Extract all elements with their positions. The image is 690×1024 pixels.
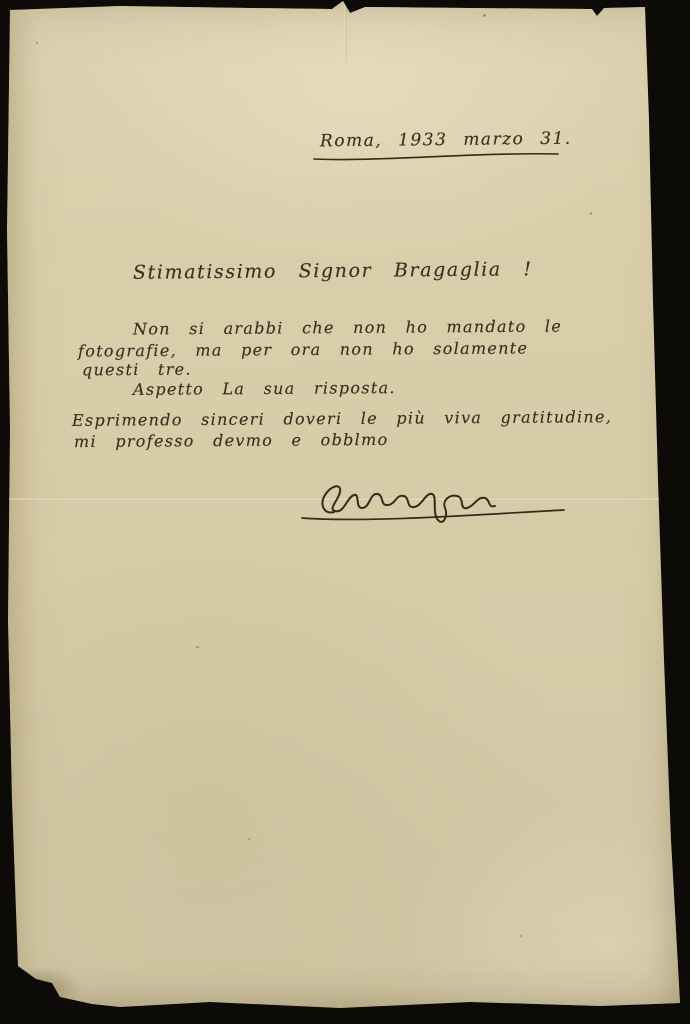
salutation: Stimatissimo Signor Bragaglia ! [133,258,533,283]
top-center-crease [344,0,347,62]
letter-scan: Roma, 1933 marzo 31. Stimatissimo Signor… [0,0,690,1024]
signature [298,478,568,530]
bottom-left-corner-curl [18,952,90,1000]
body-line: mi professo devmo e obblmo [74,430,389,451]
body-line: Non si arabbi che non ho mandato le [133,317,562,339]
body-line: Esprimendo sinceri doveri le più viva gr… [72,407,612,430]
body-line: questi tre. [82,360,192,380]
paper-sheet: Roma, 1933 marzo 31. Stimatissimo Signor… [0,0,690,1024]
body-line: Aspetto La sua risposta. [133,378,396,399]
dateline-underline [312,148,564,164]
body-line: fotografie, ma per ora non ho solamente [78,338,528,360]
